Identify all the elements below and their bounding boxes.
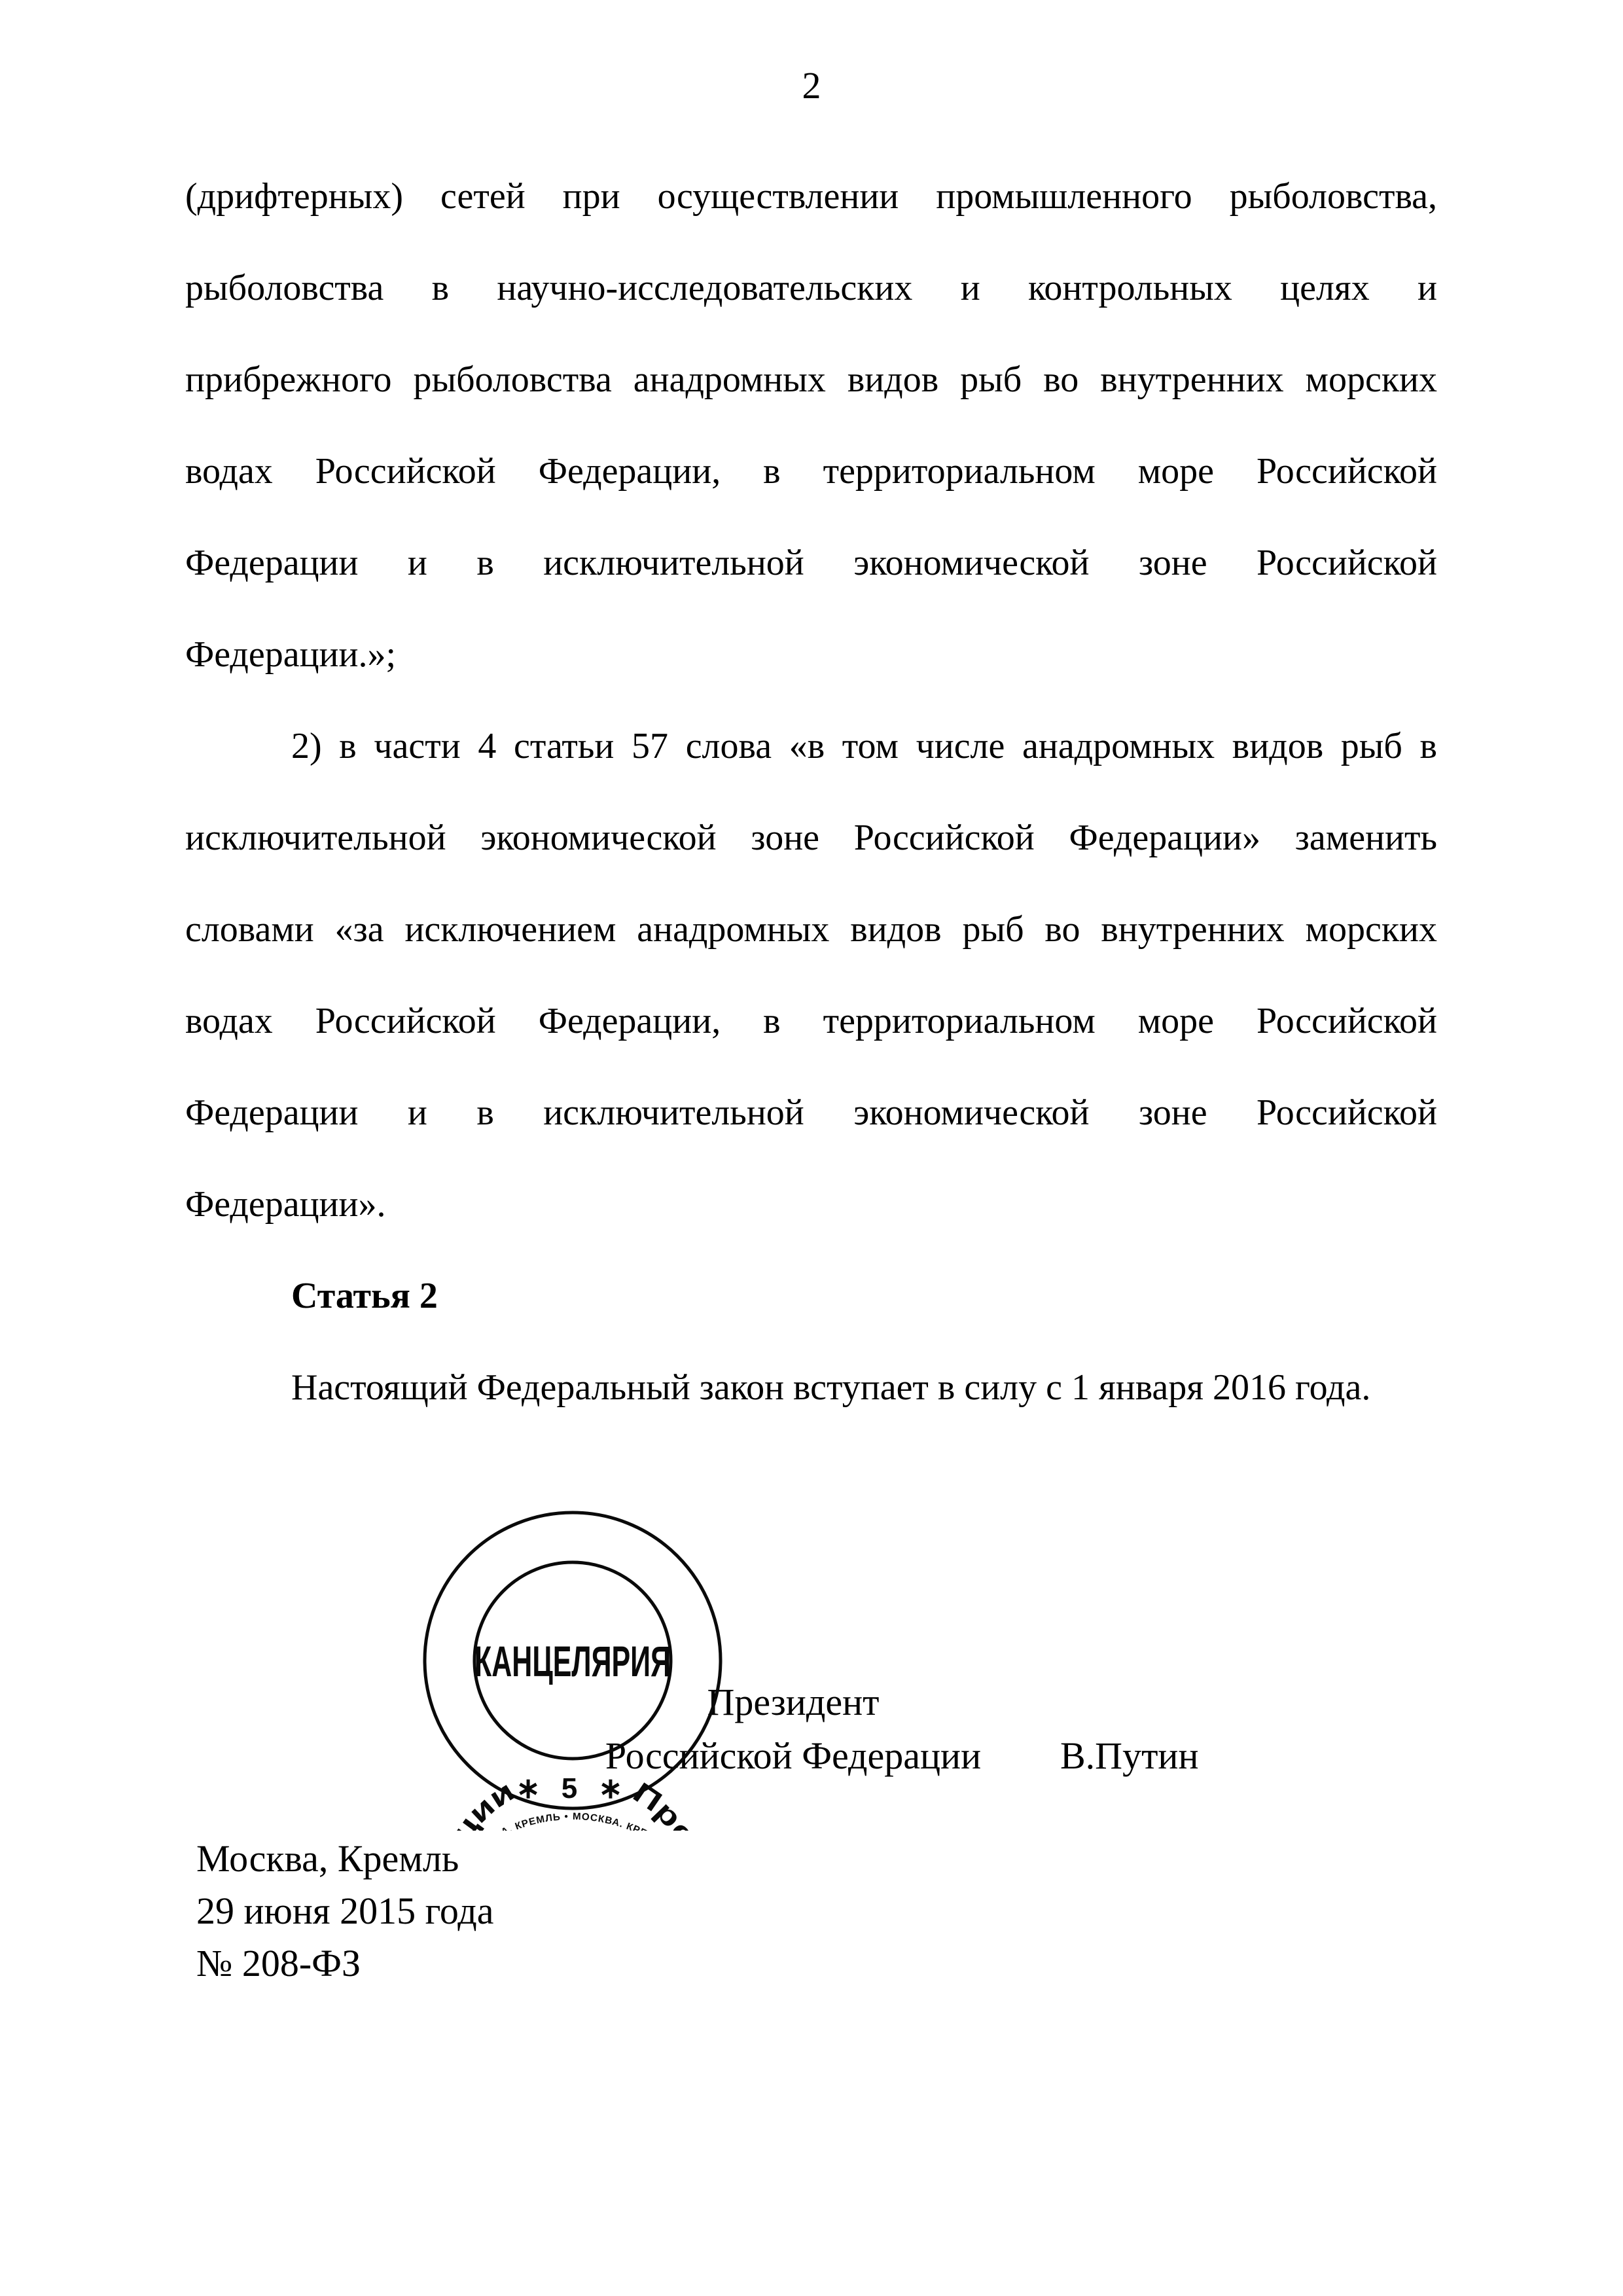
- body-line: 2) в части 4 статьи 57 слова «в том числ…: [185, 700, 1437, 792]
- document-page: 2 (дрифтерных) сетей при осуществлении п…: [0, 0, 1623, 2296]
- body-line: Федерации и в исключительной экономическ…: [185, 517, 1437, 609]
- body-line: словами «за исключением анадромных видов…: [185, 884, 1437, 975]
- body-line: (дрифтерных) сетей при осуществлении про…: [185, 151, 1437, 242]
- body-line: исключительной экономической зоне Россий…: [185, 792, 1437, 884]
- body-line: рыболовства в научно-исследовательских и…: [185, 242, 1437, 334]
- body-line: водах Российской Федерации, в территориа…: [185, 425, 1437, 517]
- date-place-block: Москва, Кремль 29 июня 2015 года № 208-Ф…: [196, 1833, 494, 1990]
- body-line: Федерации».: [185, 1158, 1437, 1250]
- article-heading: Статья 2: [185, 1250, 1437, 1342]
- footer-doc-number: № 208-ФЗ: [196, 1937, 494, 1990]
- footer-place: Москва, Кремль: [196, 1833, 494, 1885]
- chancellery-stamp-icon: МОСКВА. КРЕМЛЬ • МОСКВА. КРЕМЛЬ • МОСКВА…: [402, 1490, 743, 1831]
- document-body: (дрифтерных) сетей при осуществлении про…: [185, 151, 1437, 1433]
- body-line: Федерации и в исключительной экономическ…: [185, 1067, 1437, 1158]
- stamp-center-text: КАНЦЕЛЯРИЯ: [474, 1637, 671, 1685]
- article-body-line: Настоящий Федеральный закон вступает в с…: [185, 1342, 1437, 1433]
- body-line: прибрежного рыболовства анадромных видов…: [185, 334, 1437, 425]
- body-line: водах Российской Федерации, в территориа…: [185, 975, 1437, 1067]
- footer-date: 29 июня 2015 года: [196, 1885, 494, 1937]
- stamp-number-text: ∗ 5 ∗: [516, 1772, 630, 1804]
- page-number: 2: [0, 63, 1623, 109]
- signature-name: В.Путин: [1060, 1729, 1199, 1783]
- body-line: Федерации.»;: [185, 609, 1437, 700]
